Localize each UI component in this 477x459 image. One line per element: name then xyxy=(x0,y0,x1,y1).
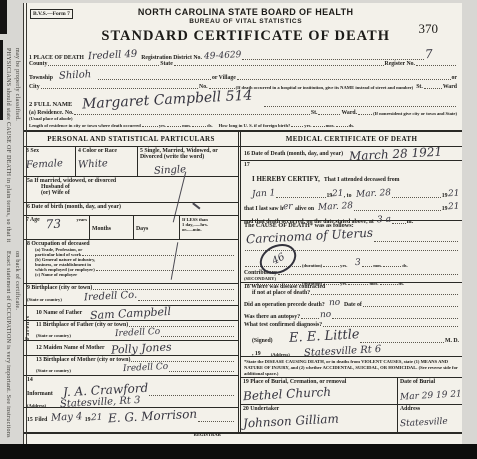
burial-place-label: 19 Place of Burial, Cremation, or remova… xyxy=(243,379,395,385)
dotted-leader xyxy=(276,195,325,198)
certificate-title: STANDARD CERTIFICATE OF DEATH xyxy=(73,28,419,45)
column-headers: PERSONAL AND STATISTICAL PARTICULARS MED… xyxy=(24,130,462,147)
autopsy-label: Was there an autopsy? xyxy=(244,314,300,320)
attended-from-year: 21 xyxy=(332,189,344,200)
nonresident-note: (If nonresident give city or town and St… xyxy=(373,111,457,116)
form-number: B.V.S.—Form 7 xyxy=(30,9,73,19)
dotted-leader xyxy=(264,104,456,107)
row-mother-name: 12 Maiden Name of Mother Polly Jones xyxy=(24,341,238,356)
scan-smudge xyxy=(0,0,7,34)
footnote-text: *State the DISEASE CAUSING DEATH, or in … xyxy=(244,359,458,376)
burial-date-value: Mar 29 19 21 xyxy=(400,389,462,402)
row-filed: 15 Filed May 4 19 21 E. G. Morrison REGI… xyxy=(24,408,238,432)
lastsaw-label-1: that I last saw h xyxy=(244,206,283,212)
burial-place-value: Bethel Church xyxy=(243,385,332,404)
row-birthplace: 9 Birthplace (city or town) (State or co… xyxy=(24,284,238,306)
dotted-leader xyxy=(323,264,339,267)
undertaker-value: Johnson Gilliam xyxy=(243,412,339,431)
place-of-death-section: 1 PLACE OF DEATH Iredell 49 Registration… xyxy=(24,45,462,90)
lastsaw-label-2: alive on xyxy=(295,206,314,212)
birthplace-label: 9 Birthplace (city or town) xyxy=(27,285,92,291)
mother-bp-sub-label: (State or country) xyxy=(36,368,71,373)
filed-19: 19 xyxy=(85,417,91,423)
dotted-leader xyxy=(48,63,159,66)
personal-column: Parents 3 Sex Female 4 Color or Race Whi… xyxy=(24,147,241,432)
row-married-widowed: 5a If married, widowed, or divorced Husb… xyxy=(24,177,238,203)
attended-from-value: Jan 1 xyxy=(252,188,276,199)
scan-bottom-bar xyxy=(0,444,477,459)
dotted-leader xyxy=(242,57,424,60)
age-label: 7 Age xyxy=(26,217,40,238)
burial-place-field: 19 Place of Burial, Cremation, or remova… xyxy=(241,378,398,404)
dotted-leader xyxy=(142,124,158,127)
death-certificate-scan: PHYSICIANS should state CAUSE OF DEATH i… xyxy=(0,0,477,459)
place-item-label: 1 PLACE OF DEATH xyxy=(29,55,84,61)
father-bp-value: Iredell Co xyxy=(115,327,161,339)
row-cause-of-death: The CAUSE OF DEATH* was as follows: Carc… xyxy=(241,221,462,283)
dotted-leader xyxy=(41,86,198,89)
mother-bp-value: Iredell Co xyxy=(123,362,169,374)
dotted-leader xyxy=(82,253,234,256)
date-of-label: Date of xyxy=(344,302,362,308)
bureau-title: BUREAU OF VITAL STATISTICS xyxy=(73,18,419,25)
mos-label: mos. xyxy=(373,263,382,268)
printed-19: 19 xyxy=(442,206,448,212)
dotted-leader xyxy=(392,195,441,198)
printed-19: 19 xyxy=(442,193,448,199)
dotted-leader xyxy=(313,124,325,127)
margin-line-2: Exact statement of OCCUPATION is very im… xyxy=(3,251,21,438)
months-label: Months xyxy=(92,226,111,232)
township-label: Township xyxy=(29,75,53,81)
undertaker-address-label: Address xyxy=(400,406,460,412)
attended-to-value: Mar. 28 xyxy=(355,188,391,200)
yrs-label: yrs. xyxy=(304,123,311,128)
certificate-sheet: B.V.S.—Form 7 NORTH CAROLINA STATE BOARD… xyxy=(23,3,462,444)
row-undertaker: 20 Undertaker Johnson Gilliam Address St… xyxy=(241,405,462,432)
autopsy-value: no xyxy=(320,310,332,321)
dotted-leader xyxy=(278,272,458,275)
or-label: or xyxy=(452,75,457,81)
dotted-leader xyxy=(318,112,340,115)
duration-label: (duration) xyxy=(302,263,322,268)
county-label: County xyxy=(29,61,47,67)
birthplace-value: Iredell Co. xyxy=(84,290,138,304)
father-bp-sub-label: (State or country) xyxy=(36,333,71,338)
howlong-label: How long in U. S. if of foreign birth? xyxy=(219,123,291,128)
margin-line-1: PHYSICIANS should state CAUSE OF DEATH i… xyxy=(3,48,21,251)
operation-value: no xyxy=(328,298,340,309)
full-name-label: 2 FULL NAME xyxy=(29,101,72,108)
undertaker-address-field: Address Statesville xyxy=(398,405,462,432)
dotted-leader xyxy=(336,124,348,127)
filed-number: 15 xyxy=(27,417,33,423)
certificate-header: B.V.S.—Form 7 NORTH CAROLINA STATE BOARD… xyxy=(24,3,462,45)
dotted-leader xyxy=(291,124,303,127)
dotted-leader xyxy=(169,369,234,372)
certify-bold: I HEREBY CERTIFY, xyxy=(252,175,320,183)
marital-field: 5 Single, Married, Widowed, or Divorced … xyxy=(138,147,238,176)
residence-ward-label: Ward. xyxy=(341,110,357,116)
yrs-label: yrs. xyxy=(340,263,347,268)
dotted-leader xyxy=(358,112,372,115)
burial-date-field: Date of Burial Mar 29 19 21 xyxy=(398,378,462,404)
village-label: or Village xyxy=(212,75,236,81)
register-no-value: 7 xyxy=(425,47,433,61)
certify-rest: That I attended deceased from xyxy=(324,177,400,183)
age-days-field: Days xyxy=(134,216,180,239)
row-date-of-death: 16 Date of Death (month, day, and year) … xyxy=(241,147,462,161)
informant-label: Informant xyxy=(27,391,53,397)
row-father-name: 10 Name of Father Sam Campbell xyxy=(24,306,238,321)
burial-date-label: Date of Burial xyxy=(400,379,460,385)
dotted-leader xyxy=(149,393,234,396)
test-label: What test confirmed diagnosis? xyxy=(244,322,322,328)
sex-label: 3 Sex xyxy=(26,148,73,154)
medical-column: 16 Date of Death (month, day, and year) … xyxy=(241,147,462,432)
register-no-label: Register No. xyxy=(385,61,415,67)
st-label: St. xyxy=(416,84,423,90)
dotted-leader xyxy=(416,63,456,66)
dotted-leader xyxy=(96,268,234,271)
mother-bp-label: 13 Birthplace of Mother (city or town) xyxy=(36,357,130,363)
row-occupation: 8 Occupation of deceased (a) Trade, Prof… xyxy=(24,240,238,284)
md-label: M. D. xyxy=(445,338,459,344)
dob-label: 6 Date of birth (month, day, and year) xyxy=(27,204,235,210)
row-father-birthplace: 11 Birthplace of Father (city or town) (… xyxy=(24,321,238,341)
mos-label: mos. xyxy=(326,123,335,128)
physician-signature: E. E. Little xyxy=(288,327,359,346)
board-title: NORTH CAROLINA STATE BOARD OF HEALTH xyxy=(73,7,419,17)
undertaker-field: 20 Undertaker Johnson Gilliam xyxy=(241,405,398,432)
age-field: 7 Age 73 years xyxy=(24,216,90,239)
lastsaw-value: Mar. 28 xyxy=(318,201,354,213)
reg-district-value: 49-4629 xyxy=(204,50,242,62)
stamp-value: 46 xyxy=(270,251,286,267)
state-label: State xyxy=(160,61,173,67)
header-center: NORTH CAROLINA STATE BOARD OF HEALTH BUR… xyxy=(73,7,419,45)
father-name-value: Sam Campbell xyxy=(90,304,172,321)
reg-district-label: Registration District No. xyxy=(141,55,202,61)
dotted-leader xyxy=(131,359,234,362)
days-label: Days xyxy=(136,226,148,232)
mos-label: mos. xyxy=(182,123,191,128)
yrs-label: yrs. xyxy=(159,123,166,128)
row-burial: 19 Place of Burial, Cremation, or remova… xyxy=(241,378,462,405)
dotted-leader xyxy=(424,86,442,89)
registrar-label: REGISTRAR xyxy=(194,432,221,437)
dotted-leader xyxy=(167,124,181,127)
county-handwritten: Iredell 49 xyxy=(88,49,138,63)
dotted-leader xyxy=(374,239,458,242)
mother-name-value: Polly Jones xyxy=(110,340,171,356)
ward-label: Ward xyxy=(443,84,457,90)
filed-year-value: 21 xyxy=(90,413,102,424)
dod-label: 16 Date of Death (month, day, and year) xyxy=(244,151,343,157)
ds-label: ds. xyxy=(402,263,408,268)
row-disease-details: 18 Where was disease contracted if not a… xyxy=(241,283,462,357)
birthplace-sub-label: (State or country) xyxy=(27,297,62,302)
row-certification: 17 I HEREBY CERTIFY, That I attended dec… xyxy=(241,161,462,221)
margin-instructions: PHYSICIANS should state CAUSE OF DEATH i… xyxy=(3,48,21,438)
filed-label: Filed xyxy=(35,417,48,423)
abode-note: (Usual place of abode) xyxy=(29,116,73,121)
sex-value: Female xyxy=(26,158,63,171)
where-contracted-label-2: if not at place of death? xyxy=(252,290,310,296)
row-sex-race-marital: 3 Sex Female 4 Color or Race White 5 Sin… xyxy=(24,147,238,177)
certificate-number: 370 xyxy=(419,21,439,37)
certificate-body: Parents 3 Sex Female 4 Color or Race Whi… xyxy=(24,147,462,432)
full-name-section: 2 FULL NAME Margaret Campbell 514 (a) Re… xyxy=(24,92,462,130)
to-label: , to xyxy=(344,193,352,199)
less-label-3: or......min. xyxy=(182,227,236,232)
undertaker-label: 20 Undertaker xyxy=(243,406,395,412)
dotted-leader xyxy=(354,208,441,211)
wife-label: (or) Wife of xyxy=(41,190,235,196)
signed-label: (Signed) xyxy=(252,338,273,344)
medical-column-header: MEDICAL CERTIFICATE OF DEATH xyxy=(241,132,462,146)
dotted-leader xyxy=(192,124,206,127)
row-footnote: *State the DISEASE CAUSING DEATH, or in … xyxy=(241,357,462,378)
dotted-leader xyxy=(161,334,234,337)
attended-to-year: 21 xyxy=(447,189,459,200)
dotted-leader xyxy=(174,63,384,66)
age-value: 73 xyxy=(45,217,61,239)
father-bp-label: 11 Birthplace of Father (city or town) xyxy=(36,322,128,328)
operation-label: Did an operation precede death? xyxy=(244,302,325,308)
dotted-leader xyxy=(323,324,458,327)
ds-label: ds. xyxy=(207,123,213,128)
dotted-leader xyxy=(362,264,372,267)
duration-months-value: 3 xyxy=(355,258,361,268)
row-mother-birthplace: 13 Birthplace of Mother (city or town) (… xyxy=(24,356,238,376)
personal-column-header: PERSONAL AND STATISTICAL PARTICULARS xyxy=(24,132,241,146)
marital-label: 5 Single, Married, Widowed, or Divorced … xyxy=(140,148,236,160)
filed-date-value: May 4 xyxy=(51,411,83,424)
lastsaw-year: 21 xyxy=(447,202,459,213)
dotted-leader xyxy=(98,77,211,80)
dotted-leader xyxy=(311,292,458,295)
dotted-leader xyxy=(332,316,458,319)
age-months-field: Months xyxy=(90,216,134,239)
marital-value: Single xyxy=(154,164,187,177)
dotted-leader xyxy=(363,304,458,307)
occupation-c-label: (c) Name of employer xyxy=(35,272,235,277)
dotted-leader xyxy=(138,298,234,301)
city-label: City xyxy=(29,84,40,90)
length-residence-label: Length of residence in city or town wher… xyxy=(29,123,141,128)
row-date-of-birth: 6 Date of birth (month, day, and year) xyxy=(24,203,238,216)
full-name-value: Margaret Campbell 514 xyxy=(82,88,253,113)
township-value: Shiloh xyxy=(59,69,92,82)
age-less-field: If LESS than 1 day,......hrs. or......mi… xyxy=(180,216,238,239)
dotted-leader xyxy=(93,287,234,290)
dotted-leader xyxy=(198,419,234,422)
race-field: 4 Color or Race White xyxy=(76,147,138,176)
race-label: 4 Color or Race xyxy=(78,148,135,154)
years-label: years xyxy=(77,217,87,238)
dotted-leader xyxy=(383,264,401,267)
residence-st-label: St. xyxy=(311,110,318,116)
ds-label: ds. xyxy=(349,123,355,128)
dotted-leader xyxy=(74,112,309,115)
row-age: 7 Age 73 years Months Days If LESS than … xyxy=(24,216,238,240)
dotted-leader xyxy=(301,316,319,319)
mother-name-label: 12 Maiden Name of Mother xyxy=(36,345,105,351)
her-value: er xyxy=(283,202,293,212)
dotted-leader xyxy=(129,324,234,327)
race-value: White xyxy=(78,158,108,171)
hospital-note: (If death occurred in a hospital or inst… xyxy=(236,85,414,90)
sex-field: 3 Sex Female xyxy=(24,147,76,176)
undertaker-address-value: Statesville xyxy=(400,417,448,429)
row-informant: 14 Informant J. A. Crawford (Address) St… xyxy=(24,376,238,408)
dotted-leader xyxy=(237,77,451,80)
dotted-leader xyxy=(360,340,444,343)
father-name-label: 10 Name of Father xyxy=(36,310,82,316)
